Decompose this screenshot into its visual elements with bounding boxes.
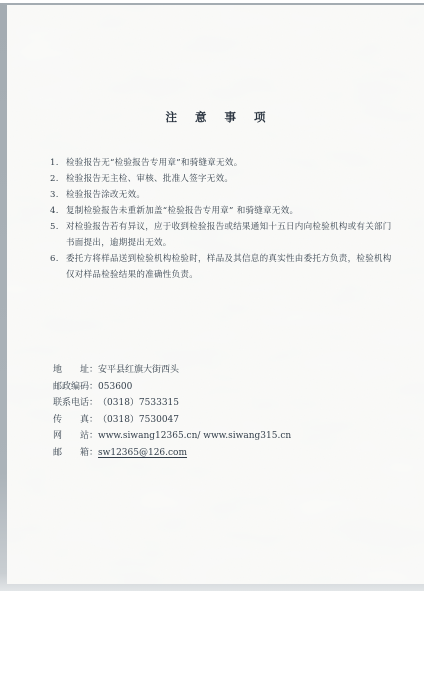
contact-row-postal-code: 邮政编码：053600	[53, 379, 291, 396]
contact-label: 邮政编码：	[53, 379, 98, 396]
contact-row-email: 邮 箱：sw12365@126.com	[53, 445, 291, 462]
contact-label: 地 址：	[53, 362, 98, 379]
notice-item-text: 检验报告无主检、审核、批准人签字无效。	[66, 174, 233, 184]
contact-value: www.siwang12365.cn/ www.siwang315.cn	[98, 428, 291, 445]
notice-item-number: 5.	[50, 219, 59, 235]
notice-item-number: 2.	[50, 171, 59, 187]
contact-info-block: 地 址：安平县红旗大街西头 邮政编码：053600 联系电话：（0318）753…	[53, 362, 291, 462]
notice-item-text: 检验报告无“检验报告专用章”和骑缝章无效。	[66, 158, 243, 168]
notice-item-number: 6.	[50, 251, 59, 267]
contact-row-fax: 传 真：（0318）7530047	[53, 412, 291, 429]
contact-value: （0318）7533315	[98, 395, 179, 412]
contact-label: 传 真：	[53, 412, 98, 429]
contact-label: 邮 箱：	[53, 445, 98, 462]
contact-value: 053600	[98, 379, 132, 396]
notice-item-text: 检验报告涂改无效。	[66, 190, 145, 200]
notice-item-number: 1.	[50, 155, 59, 171]
notice-item-number: 4.	[50, 203, 59, 219]
paper-texture	[7, 5, 424, 584]
notice-item: 2. 检验报告无主检、审核、批准人签字无效。	[50, 171, 396, 187]
notice-list: 1. 检验报告无“检验报告专用章”和骑缝章无效。 2. 检验报告无主检、审核、批…	[50, 155, 396, 283]
contact-value: 安平县红旗大街西头	[98, 362, 179, 379]
notice-item: 4. 复制检验报告未重新加盖“检验报告专用章” 和骑缝章无效。	[50, 203, 396, 219]
notice-item: 1. 检验报告无“检验报告专用章”和骑缝章无效。	[50, 155, 396, 171]
email-link[interactable]: sw12365@126.com	[98, 445, 187, 462]
contact-label: 联系电话：	[53, 395, 98, 412]
notice-item-text: 复制检验报告未重新加盖“检验报告专用章” 和骑缝章无效。	[66, 206, 298, 216]
notice-item: 6. 委托方将样品送到检验机构检验时，样品及其信息的真实性由委托方负责，检验机构…	[50, 251, 396, 283]
notice-item-text: 委托方将样品送到检验机构检验时，样品及其信息的真实性由委托方负责，检验机构仅对样…	[66, 254, 392, 280]
notice-item: 3. 检验报告涂改无效。	[50, 187, 396, 203]
contact-row-phone: 联系电话：（0318）7533315	[53, 395, 291, 412]
notice-item-text: 对检验报告若有异议，应于收到检验报告或结果通知十五日内向检验机构或有关部门书面提…	[66, 222, 392, 248]
notice-item-number: 3.	[50, 187, 59, 203]
contact-row-address: 地 址：安平县红旗大街西头	[53, 362, 291, 379]
notice-item: 5. 对检验报告若有异议，应于收到检验报告或结果通知十五日内向检验机构或有关部门…	[50, 219, 396, 251]
contact-value: （0318）7530047	[98, 412, 179, 429]
document-page: 注 意 事 项 1. 检验报告无“检验报告专用章”和骑缝章无效。 2. 检验报告…	[7, 5, 424, 584]
contact-row-website: 网 站：www.siwang12365.cn/ www.siwang315.cn	[53, 428, 291, 445]
contact-label: 网 站：	[53, 428, 98, 445]
page-title: 注 意 事 项	[7, 109, 424, 125]
